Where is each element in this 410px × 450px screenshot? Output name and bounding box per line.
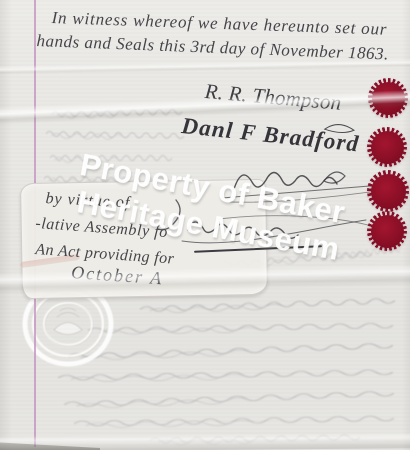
slip-scrawl-icon [156, 194, 370, 254]
bleedthrough-line [88, 318, 393, 335]
bleedthrough-line [68, 338, 393, 361]
scanned-document-page: In witness whereof we have hereunto set … [0, 0, 410, 450]
bleedthrough-line [150, 430, 360, 446]
wax-seal-icon-1 [368, 78, 408, 118]
bleedthrough-line [74, 411, 394, 429]
bleedthrough-line [52, 105, 182, 119]
wax-seal-icon-2 [367, 127, 407, 167]
bleedthrough-line [50, 151, 172, 163]
wax-seal-icon-4 [367, 211, 407, 251]
wax-seal-icon-3 [367, 170, 409, 212]
bleedthrough-line [64, 386, 394, 410]
bleedthrough-line [140, 294, 395, 315]
bleedthrough-line [46, 127, 184, 141]
page-left-edge-shading [0, 0, 12, 450]
bottom-corner-shadow [0, 440, 100, 450]
signature-rr-thompson: R. R. Thompson [204, 79, 343, 116]
